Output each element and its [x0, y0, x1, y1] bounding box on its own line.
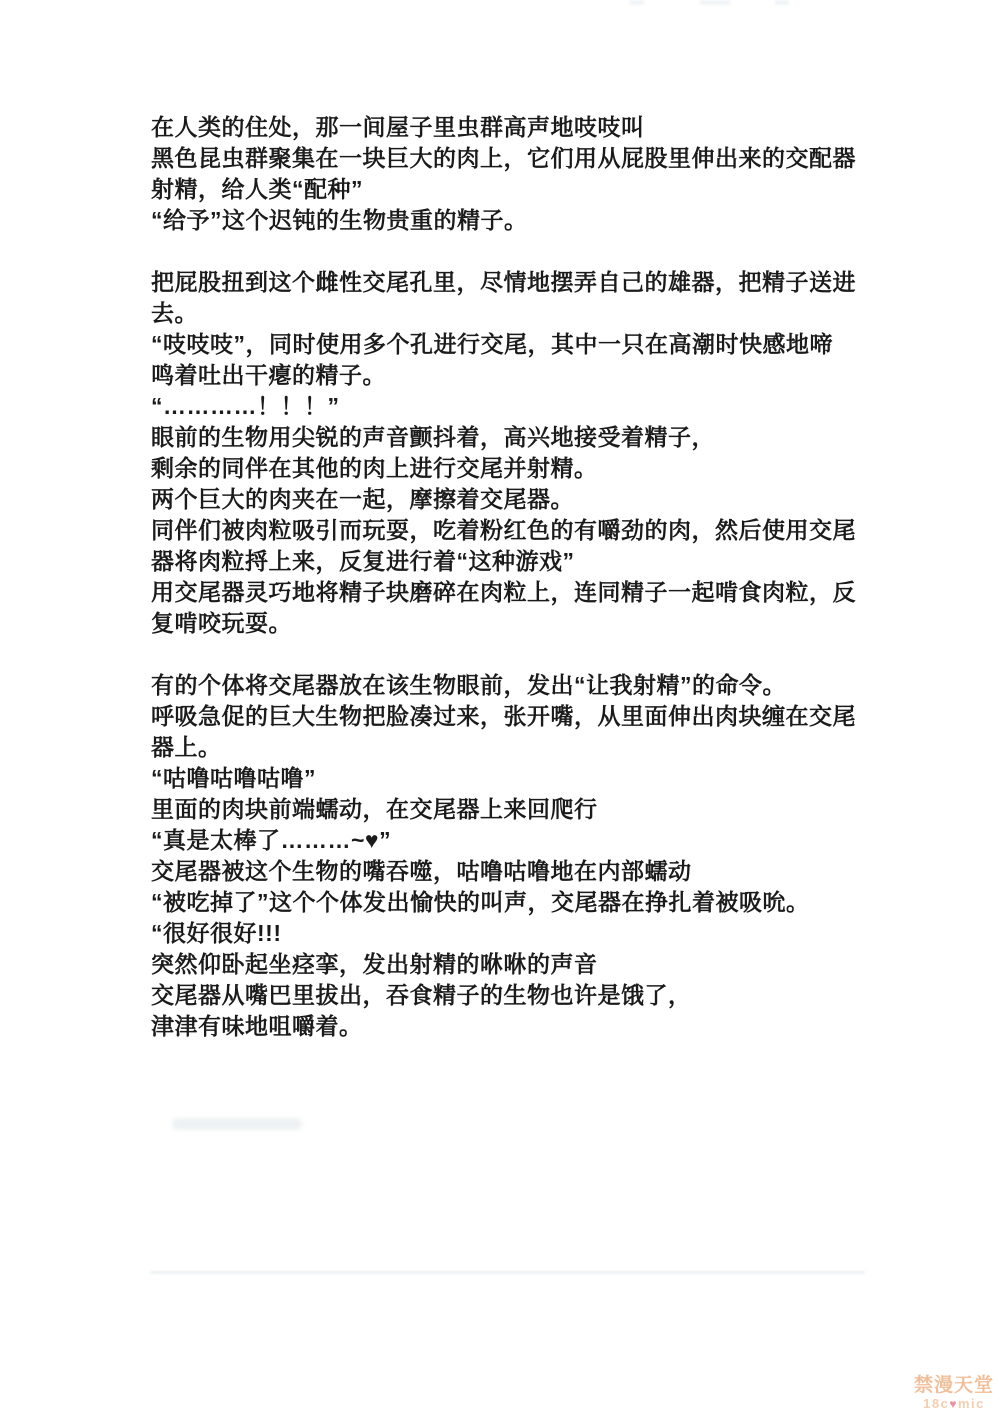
watermark-site-prefix: 18c: [923, 1396, 949, 1411]
print-artifact: [775, 0, 789, 5]
text-line: 交尾器从嘴巴里拔出，吞食精子的生物也许是饿了，: [151, 980, 911, 1011]
text-line: 黑色昆虫群聚集在一块巨大的肉上，它们用从屁股里伸出来的交配器: [151, 143, 911, 174]
text-line: 剩余的同伴在其他的肉上进行交尾并射精。: [151, 453, 911, 484]
print-artifact: [700, 0, 730, 5]
text-line: 器将肉粒捋上来，反复进行着“这种游戏”: [151, 546, 911, 577]
text-line: “…………！！！”: [151, 391, 911, 422]
watermark-site: 18c♥mic: [914, 1396, 994, 1412]
print-artifact: [150, 1271, 865, 1274]
text-line: 把屁股扭到这个雌性交尾孔里，尽情地摆弄自己的雄器，把精子送进: [151, 267, 911, 298]
watermark-title: 禁漫天堂: [914, 1376, 994, 1396]
text-line: 里面的肉块前端蠕动，在交尾器上来回爬行: [151, 794, 911, 825]
text-line: 射精，给人类“配种”: [151, 174, 911, 205]
site-watermark: 禁漫天堂 18c♥mic: [914, 1376, 994, 1412]
text-line: 津津有味地咀嚼着。: [151, 1011, 911, 1042]
watermark-site-suffix: mic: [958, 1396, 985, 1411]
text-line: 交尾器被这个生物的嘴吞噬，咕噜咕噜地在内部蠕动: [151, 856, 911, 887]
text-line: 呼吸急促的巨大生物把脸凑过来，张开嘴，从里面伸出肉块缠在交尾: [151, 701, 911, 732]
text-line: “被吃掉了”这个个体发出愉快的叫声，交尾器在挣扎着被吸吮。: [151, 887, 911, 918]
print-artifact: [172, 1118, 302, 1130]
text-line: 同伴们被肉粒吸引而玩耍，吃着粉红色的有嚼劲的肉，然后使用交尾: [151, 515, 911, 546]
text-line: 鸣着吐出干瘪的精子。: [151, 360, 911, 391]
text-line: 器上。: [151, 732, 911, 763]
text-line: 复啃咬玩耍。: [151, 608, 911, 639]
text-line: “很好很好!!!: [151, 918, 911, 949]
text-line: 去。: [151, 298, 911, 329]
blank-line: [151, 236, 911, 267]
text-body: 在人类的住处，那一间屋子里虫群高声地吱吱叫黑色昆虫群聚集在一块巨大的肉上，它们用…: [151, 112, 911, 1042]
text-line: “咕噜咕噜咕噜”: [151, 763, 911, 794]
heart-icon: ♥: [949, 1397, 958, 1411]
text-line: 突然仰卧起坐痉挛，发出射精的咻咻的声音: [151, 949, 911, 980]
text-line: “吱吱吱”，同时使用多个孔进行交尾，其中一只在高潮时快感地啼: [151, 329, 911, 360]
document-page: 在人类的住处，那一间屋子里虫群高声地吱吱叫黑色昆虫群聚集在一块巨大的肉上，它们用…: [0, 0, 1000, 1415]
blank-line: [151, 639, 911, 670]
text-line: 有的个体将交尾器放在该生物眼前，发出“让我射精”的命令。: [151, 670, 911, 701]
text-line: 两个巨大的肉夹在一起，摩擦着交尾器。: [151, 484, 911, 515]
text-line: “真是太棒了………~♥”: [151, 825, 911, 856]
text-line: 用交尾器灵巧地将精子块磨碎在肉粒上，连同精子一起啃食肉粒，反: [151, 577, 911, 608]
text-line: “给予”这个迟钝的生物贵重的精子。: [151, 205, 911, 236]
text-line: 眼前的生物用尖锐的声音颤抖着，高兴地接受着精子，: [151, 422, 911, 453]
text-line: 在人类的住处，那一间屋子里虫群高声地吱吱叫: [151, 112, 911, 143]
print-artifact: [630, 0, 644, 5]
